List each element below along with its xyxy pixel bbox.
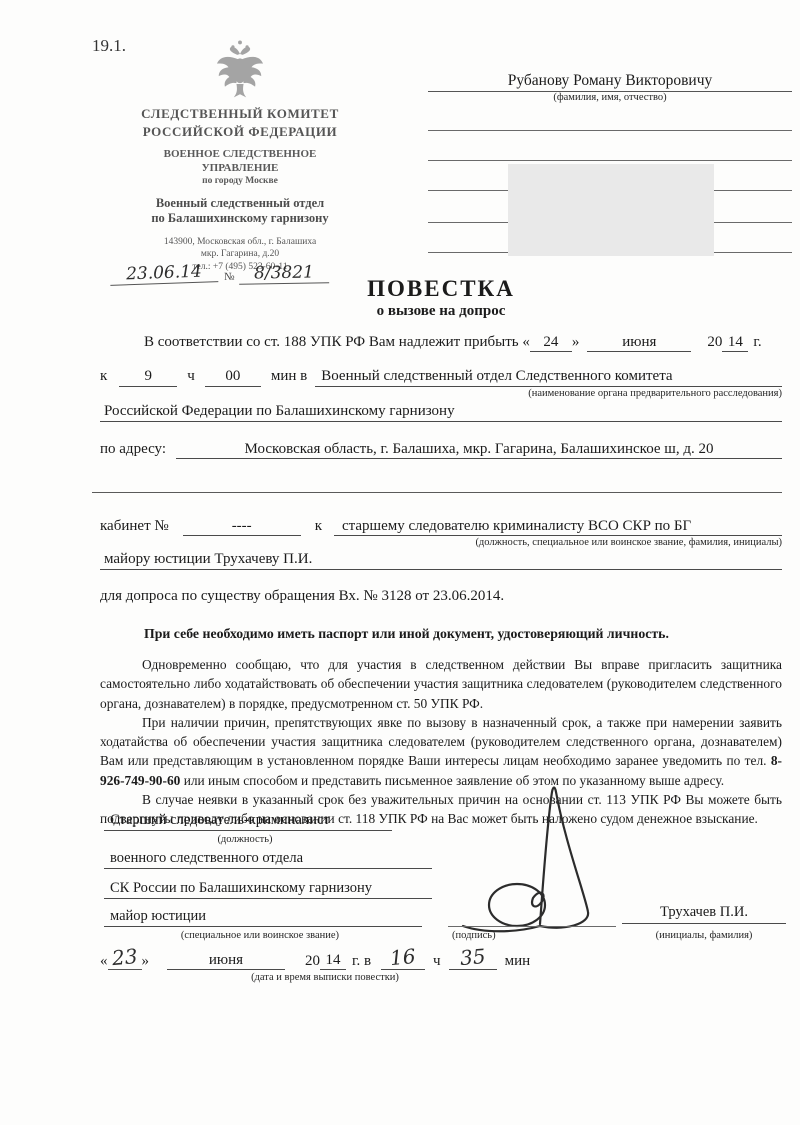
to-label: к xyxy=(315,518,322,535)
issue-caption: (дата и время выписки повестки) xyxy=(160,972,490,983)
rank-caption: (специальное или воинское звание) xyxy=(104,930,416,941)
summon-month-field: июня xyxy=(587,334,691,352)
paragraph-defender-right: Одновременно сообщаю, что для участия в … xyxy=(100,655,782,713)
org-name-line1: СЛЕДСТВЕННЫЙ КОМИТЕТ xyxy=(116,105,364,123)
minute-label: мин в xyxy=(271,368,307,385)
summon-form: В соответствии со ст. 188 УПК РФ Вам над… xyxy=(100,334,782,829)
address-label: по адресу: xyxy=(100,441,166,458)
issue-minute-handwritten: 35 xyxy=(459,947,486,967)
official-field-line1: старшему следователю криминалисту ВСО СК… xyxy=(334,518,782,536)
address-field: Московская область, г. Балашиха, мкр. Га… xyxy=(176,441,782,459)
position-caption: (должность) xyxy=(104,834,386,845)
document-subtitle: о вызове на допрос xyxy=(100,303,782,320)
quote-open: « xyxy=(100,953,108,970)
issue-hour-handwritten: 16 xyxy=(390,947,417,967)
summon-line2: к 9 ч 00 мин в Военный следственный отде… xyxy=(100,368,782,386)
summon-hour-field: 9 xyxy=(119,368,177,386)
issue-year-prefix: 20 xyxy=(305,953,320,970)
position-line2: военного следственного отдела xyxy=(104,850,432,869)
directorate-line1: ВОЕННОЕ СЛЕДСТВЕННОЕ xyxy=(116,148,364,162)
blank-rule xyxy=(92,492,782,493)
department-line2: по Балашихинскому гарнизону xyxy=(116,211,364,227)
paragraph-notify: При наличии причин, препятствующих явке … xyxy=(100,713,782,790)
issue-minute-field: 35 xyxy=(449,948,497,970)
title-block: ПОВЕСТКА о вызове на допрос xyxy=(100,276,782,320)
issue-day-field: 23 xyxy=(108,948,142,970)
document-page: 19.1. СЛЕДСТВЕННЫЙ КОМИТЕТ РОССИЙСКОЙ ФЕ… xyxy=(0,0,800,1125)
blank-rule xyxy=(428,130,792,131)
addressee-name: Рубанову Роману Викторовичу xyxy=(428,72,792,92)
blank-rule xyxy=(428,160,792,161)
directorate-city: по городу Москве xyxy=(116,176,364,186)
issue-hour-field: 16 xyxy=(381,948,425,970)
letterhead: СЛЕДСТВЕННЫЙ КОМИТЕТ РОССИЙСКОЙ ФЕДЕРАЦИ… xyxy=(116,38,364,273)
department-line1: Военный следственный отдел xyxy=(116,196,364,212)
addressee-caption: (фамилия, имя, отчество) xyxy=(428,92,792,103)
paragraph-notify-pre: При наличии причин, препятствующих явке … xyxy=(100,715,782,769)
purpose-line: для допроса по существу обращения Вх. № … xyxy=(100,588,782,605)
summon-line1-text: В соответствии со ст. 188 УПК РФ Вам над… xyxy=(144,334,530,351)
summon-day-field: 24 xyxy=(530,334,572,352)
org-field-line2: Российской Федерации по Балашихинскому г… xyxy=(100,403,782,422)
issue-minute-label: мин xyxy=(505,953,531,970)
k-label: к xyxy=(100,368,107,385)
signature-rule xyxy=(448,926,616,927)
directorate-line2: УПРАВЛЕНИЕ xyxy=(116,162,364,176)
quote-close: » xyxy=(142,953,150,970)
redacted-address-box xyxy=(508,164,714,256)
signature-scribble xyxy=(445,784,625,936)
document-title: ПОВЕСТКА xyxy=(100,276,782,302)
address-row: по адресу: Московская область, г. Балаши… xyxy=(100,441,782,459)
summon-year-field: 14 xyxy=(722,334,748,352)
hour-label: ч xyxy=(187,368,195,385)
cabinet-row: кабинет № ---- к старшему следователю кр… xyxy=(100,518,782,536)
position-line1: Старший следователь-криминалист xyxy=(104,812,392,831)
issue-month-field: июня xyxy=(167,952,285,970)
legal-paragraphs: Одновременно сообщаю, что для участия в … xyxy=(100,655,782,829)
signature-section: Старший следователь-криминалист (должнос… xyxy=(100,806,790,956)
rank-line: майор юстиции xyxy=(104,908,422,927)
coat-of-arms-eagle-icon xyxy=(213,38,267,100)
signer-name: Трухачев П.И. xyxy=(622,904,786,924)
position-line3: СК России по Балашихинскому гарнизону xyxy=(104,880,432,899)
cabinet-field: ---- xyxy=(183,518,301,536)
summon-line1: В соответствии со ст. 188 УПК РФ Вам над… xyxy=(100,334,782,352)
year-prefix: 20 xyxy=(707,334,722,351)
signer-name-caption: (инициалы, фамилия) xyxy=(622,930,786,941)
org-field-caption: (наименование органа предварительного ра… xyxy=(100,388,782,399)
quote-close: » xyxy=(572,334,580,351)
official-field-line2: майору юстиции Трухачеву П.И. xyxy=(100,551,782,570)
year-suffix: г. xyxy=(753,334,761,351)
bring-passport-notice: При себе необходимо иметь паспорт или ин… xyxy=(100,626,782,642)
cabinet-label: кабинет № xyxy=(100,518,169,535)
summon-minute-field: 00 xyxy=(205,368,261,386)
letterhead-address-line1: 143900, Московская обл., г. Балашиха xyxy=(116,236,364,248)
official-field-caption: (должность, специальное или воинское зва… xyxy=(100,537,782,548)
issue-year-field: 14 xyxy=(320,952,346,970)
issue-hour-label: ч xyxy=(433,953,441,970)
letterhead-address-line2: мкр. Гагарина, д.20 xyxy=(116,248,364,260)
signature-caption: (подпись) xyxy=(452,930,552,941)
addressee-block: Рубанову Роману Викторовичу (фамилия, им… xyxy=(428,72,792,103)
issue-day-handwritten: 23 xyxy=(111,947,138,967)
issue-date-line: « 23 » июня 20 14 г. в 16 ч 35 мин (дата… xyxy=(100,948,782,983)
org-field-line1: Военный следственный отдел Следственного… xyxy=(315,368,782,386)
issue-year-suffix: г. в xyxy=(352,953,371,970)
org-name-line2: РОССИЙСКОЙ ФЕДЕРАЦИИ xyxy=(116,123,364,141)
